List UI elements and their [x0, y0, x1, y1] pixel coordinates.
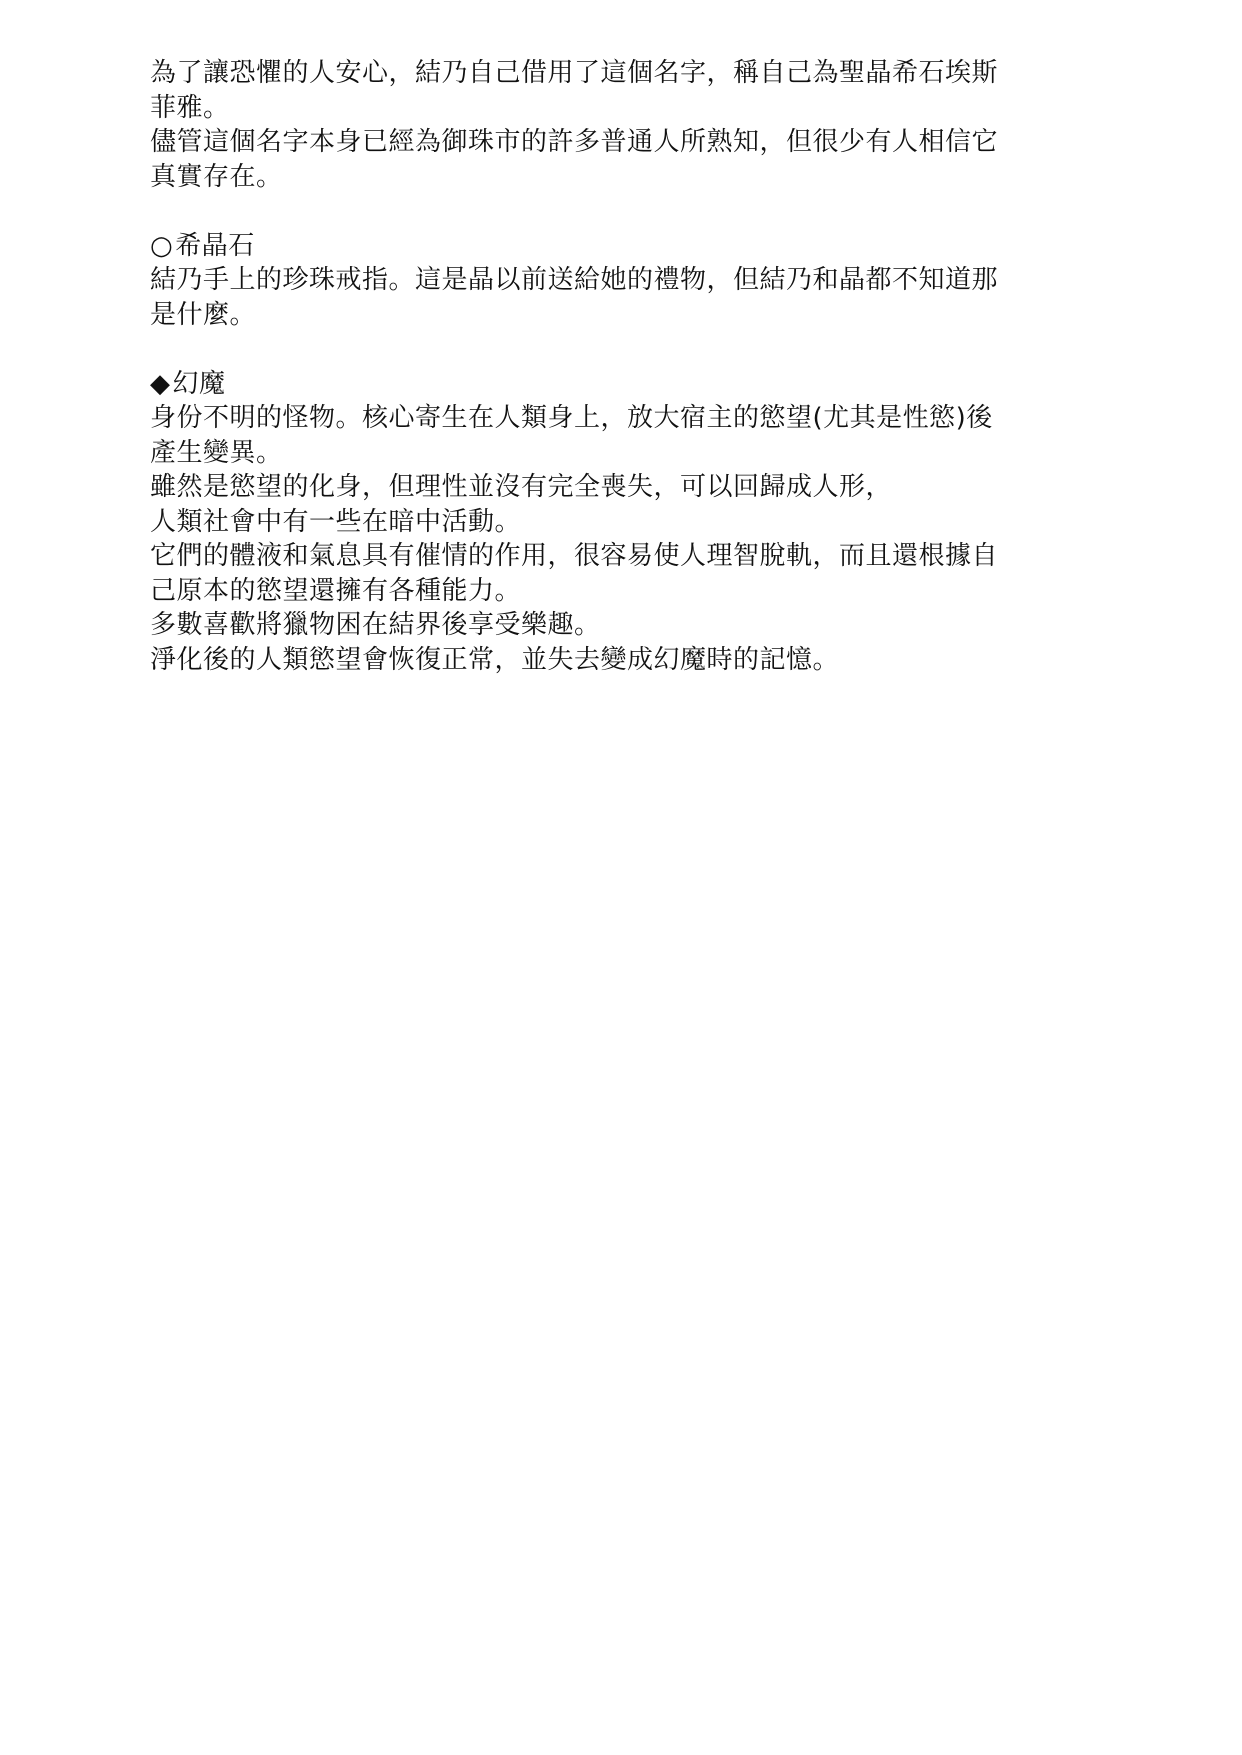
paragraph-spacer: [150, 194, 1110, 229]
intro-line: 儘管這個名字本身已經為御珠市的許多普通人所熟知，但很少有人相信它: [150, 125, 1110, 160]
section-line: 雖然是慾望的化身，但理性並沒有完全喪失，可以回歸成人形，: [150, 470, 1110, 505]
section-heading-text: 希晶石: [175, 231, 255, 261]
intro-line: 為了讓恐懼的人安心，結乃自己借用了這個名字，稱自己為聖晶希石埃斯: [150, 56, 1110, 91]
section-line: 它們的體液和氣息具有催情的作用，很容易使人理智脫軌，而且還根據自: [150, 539, 1110, 574]
section-heading-text: 幻魔: [173, 369, 226, 399]
paragraph-spacer: [150, 332, 1110, 367]
section-line: 多數喜歡將獵物困在結界後享受樂趣。: [150, 608, 1110, 643]
section-line: 結乃手上的珍珠戒指。這是晶以前送給她的禮物，但結乃和晶都不知道那: [150, 263, 1110, 298]
section-phantom-demon: ◆幻魔 身份不明的怪物。核心寄生在人類身上，放大宿主的慾望(尤其是性慾)後 產生…: [150, 367, 1110, 678]
filled-diamond-bullet-icon: ◆: [150, 367, 171, 402]
section-line: 產生變異。: [150, 436, 1110, 471]
section-hijing-stone: ○希晶石 結乃手上的珍珠戒指。這是晶以前送給她的禮物，但結乃和晶都不知道那 是什…: [150, 229, 1110, 333]
section-line: 己原本的慾望還擁有各種能力。: [150, 574, 1110, 609]
intro-line: 真實存在。: [150, 160, 1110, 195]
section-line: 人類社會中有一些在暗中活動。: [150, 505, 1110, 540]
document-page: 為了讓恐懼的人安心，結乃自己借用了這個名字，稱自己為聖晶希石埃斯 菲雅。 儘管這…: [150, 56, 1110, 677]
section-line: 淨化後的人類慾望會恢復正常，並失去變成幻魔時的記憶。: [150, 643, 1110, 678]
intro-paragraph: 為了讓恐懼的人安心，結乃自己借用了這個名字，稱自己為聖晶希石埃斯 菲雅。 儘管這…: [150, 56, 1110, 194]
intro-line: 菲雅。: [150, 91, 1110, 126]
section-heading: ○希晶石: [150, 229, 1110, 264]
section-heading: ◆幻魔: [150, 367, 1110, 402]
section-line: 是什麼。: [150, 298, 1110, 333]
hollow-circle-bullet-icon: ○: [150, 229, 173, 264]
section-line: 身份不明的怪物。核心寄生在人類身上，放大宿主的慾望(尤其是性慾)後: [150, 401, 1110, 436]
